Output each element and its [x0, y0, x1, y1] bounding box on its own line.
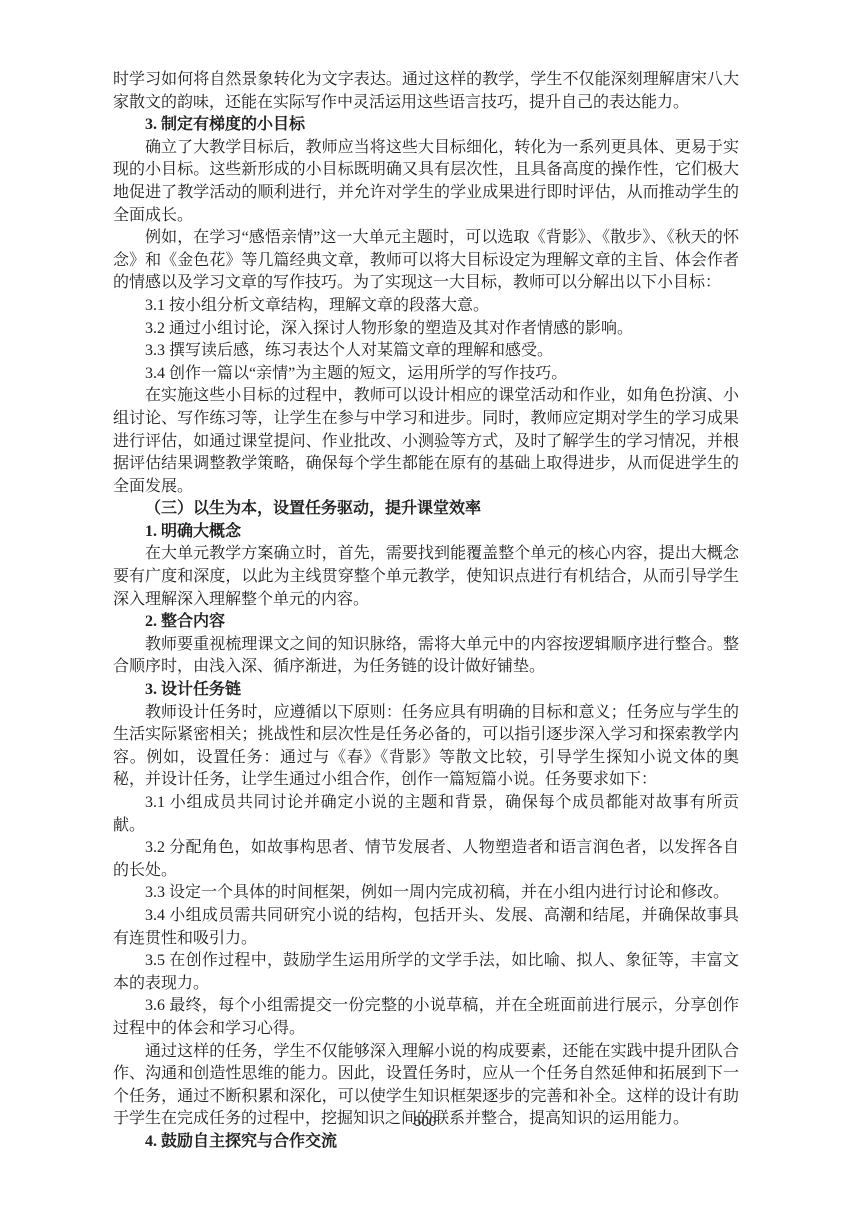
list-item: 3.4 小组成员需共同研究小说的结构，包括开头、发展、高潮和结尾，并确保故事具有… — [113, 905, 739, 950]
section-heading: 3. 设计任务链 — [113, 679, 739, 702]
paragraph: 确立了大教学目标后，教师应当将这些大目标细化，转化为一系列更具体、更易于实现的小… — [113, 137, 739, 227]
list-item: 3.1 小组成员共同讨论并确定小说的主题和背景，确保每个成员都能对故事有所贡献。 — [113, 792, 739, 837]
paragraph: 教师设计任务时，应遵循以下原则：任务应具有明确的目标和意义；任务应与学生的生活实… — [113, 702, 739, 792]
section-heading: （三）以生为本，设置任务驱动，提升课堂效率 — [113, 498, 739, 521]
paragraph: 在实施这些小目标的过程中，教师可以设计相应的课堂活动和作业，如角色扮演、小组讨论… — [113, 385, 739, 498]
paragraph: 时学习如何将自然景象转化为文字表达。通过这样的教学，学生不仅能深刻理解唐宋八大家… — [113, 69, 739, 114]
paragraph: 例如，在学习“感悟亲情”这一大单元主题时，可以选取《背影》、《散步》、《秋天的怀… — [113, 227, 739, 295]
page-number: 500 — [0, 1114, 850, 1129]
paragraph: 教师要重视梳理课文之间的知识脉络，需将大单元中的内容按逻辑顺序进行整合。整合顺序… — [113, 634, 739, 679]
section-heading: 4. 鼓励自主探究与合作交流 — [113, 1131, 739, 1154]
list-item: 3.1 按小组分析文章结构，理解文章的段落大意。 — [113, 295, 739, 318]
section-heading: 1. 明确大概念 — [113, 521, 739, 544]
paragraph: 在大单元教学方案确立时，首先，需要找到能覆盖整个单元的核心内容，提出大概念要有广… — [113, 543, 739, 611]
list-item: 3.2 通过小组讨论，深入探讨人物形象的塑造及其对作者情感的影响。 — [113, 318, 739, 341]
list-item: 3.6 最终，每个小组需提交一份完整的小说草稿，并在全班面前进行展示，分享创作过… — [113, 995, 739, 1040]
list-item: 3.3 撰写读后感，练习表达个人对某篇文章的理解和感受。 — [113, 340, 739, 363]
document-text: 时学习如何将自然景象转化为文字表达。通过这样的教学，学生不仅能深刻理解唐宋八大家… — [113, 69, 739, 1154]
list-item: 3.2 分配角色，如故事构思者、情节发展者、人物塑造者和语言润色者，以发挥各自的… — [113, 837, 739, 882]
section-heading: 2. 整合内容 — [113, 611, 739, 634]
list-item: 3.4 创作一篇以“亲情”为主题的短文，运用所学的写作技巧。 — [113, 363, 739, 386]
list-item: 3.5 在创作过程中，鼓励学生运用所学的文学手法，如比喻、拟人、象征等，丰富文本… — [113, 950, 739, 995]
list-item: 3.3 设定一个具体的时间框架，例如一周内完成初稿，并在小组内进行讨论和修改。 — [113, 882, 739, 905]
section-heading: 3. 制定有梯度的小目标 — [113, 114, 739, 137]
document-page: { "page": { "background": "#ffffff", "te… — [0, 0, 850, 1205]
